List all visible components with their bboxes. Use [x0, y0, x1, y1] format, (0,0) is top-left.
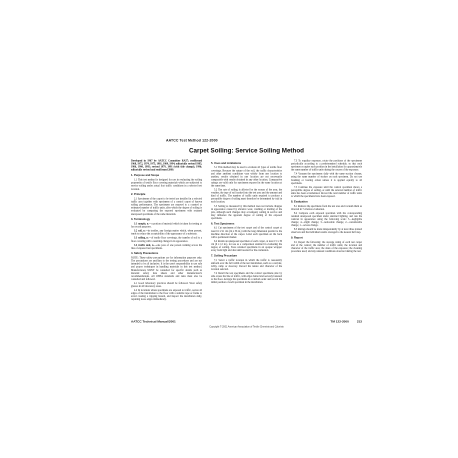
body-paragraph: 3.1 sample, n.—a portion of material whi… [131, 223, 202, 229]
document-page: AATCC Test Method 122-2000 Carpet Soilin… [131, 136, 368, 336]
section-heading: 3. Terminology [131, 218, 202, 221]
body-paragraph: 6.2 Retain an unexposed specimen of each… [211, 240, 282, 252]
body-paragraph: 5.3 Soiling as measured by this method d… [211, 205, 282, 220]
body-paragraph: NOTE: These safety precautions are for i… [131, 257, 202, 281]
footer-method-page-group: TM 122-2000 213 [330, 320, 362, 324]
footer-page-number: 213 [357, 320, 362, 324]
term-lead: 3.1 sample, n.— [134, 223, 151, 226]
section-heading: 8. Evaluation [291, 200, 362, 203]
body-paragraph: 7.4 Vacuum the specimens daily with the … [291, 173, 362, 185]
body-paragraph: 7.3 To equalize exposure, rotate the pos… [291, 160, 362, 172]
body-paragraph: 5.2 The rate of soiling is affected by t… [211, 189, 282, 204]
body-paragraph: 3.3 soiling, n.—of textile floor coverin… [131, 237, 202, 243]
body-paragraph: 8.2 Compare each exposed specimen with t… [291, 212, 362, 227]
page-title: Carpet Soiling: Service Soiling Method [131, 147, 362, 154]
body-paragraph: 7.5 Continue the exposure until the cont… [291, 186, 362, 198]
copyright-line: Copyright © 2001 American Association of… [131, 326, 362, 329]
section-heading: 5. Uses and Limitations [211, 162, 282, 165]
body-paragraph: 1.1 This test method is designed for use… [131, 179, 202, 191]
text-column-3: 7.3 To equalize exposure, rotate the pos… [291, 160, 362, 316]
section-heading: 2. Principle [131, 193, 202, 196]
section-heading: 9. Report [291, 236, 362, 239]
section-heading: 7. Soiling Procedure [211, 254, 282, 257]
body-paragraph: 8.3 Ratings should be made independently… [291, 228, 362, 234]
body-paragraph: 9.1 Report the following: the average ra… [291, 241, 362, 253]
footer-manual-label: AATCC Technical Manual/2001 [131, 320, 176, 324]
body-paragraph: 4.1 Good laboratory practices should be … [131, 282, 202, 288]
section-heading: 6. Test Specimens [211, 222, 282, 225]
body-paragraph: 3.4 traffic unit, n.—one pass of one per… [131, 244, 202, 250]
body-paragraph: 8.1 Remove the specimens from the test a… [291, 205, 362, 211]
method-number-header: AATCC Test Method 122-2000 [166, 139, 362, 143]
term-lead: 3.4 traffic unit, n.— [134, 244, 157, 247]
page-footer: AATCC Technical Manual/2001 TM 122-2000 … [131, 320, 362, 324]
page-content: AATCC Test Method 122-2000 Carpet Soilin… [131, 139, 362, 328]
term-lead: 3.3 soiling, n.— [134, 237, 151, 240]
body-paragraph: 3.2 soil, n.—in textiles, any foreign ma… [131, 230, 202, 236]
screenshot-canvas: AATCC Test Method 122-2000 Carpet Soilin… [0, 0, 458, 458]
footer-method-label: TM 122-2000 [330, 320, 348, 324]
text-columns: Developed in 1967 by AATCC Committee RA5… [131, 160, 362, 316]
section-heading: 1. Purpose and Scope [131, 174, 202, 177]
body-paragraph: 6.1 Cut specimens of the test carpet and… [211, 227, 282, 239]
text-column-1: Developed in 1967 by AATCC Committee RA5… [131, 160, 202, 316]
term-lead: 3.2 soil, n.— [134, 230, 148, 233]
section-heading: 4. Safety Precautions [131, 252, 202, 255]
body-paragraph: 5.1 This method may be used to evaluate … [211, 166, 282, 187]
body-paragraph: 7.2 Install the test specimens and the c… [211, 272, 282, 284]
history-paragraph: Developed in 1967 by AATCC Committee RA5… [131, 160, 202, 172]
body-paragraph: 7.1 Select a traffic location in which t… [211, 259, 282, 271]
text-column-2: 5. Uses and Limitations5.1 This method m… [211, 160, 282, 316]
body-paragraph: 2.1 Specimens of the carpet to be tested… [131, 198, 202, 216]
body-paragraph: 4.2 In locations where specimens are exp… [131, 289, 202, 301]
